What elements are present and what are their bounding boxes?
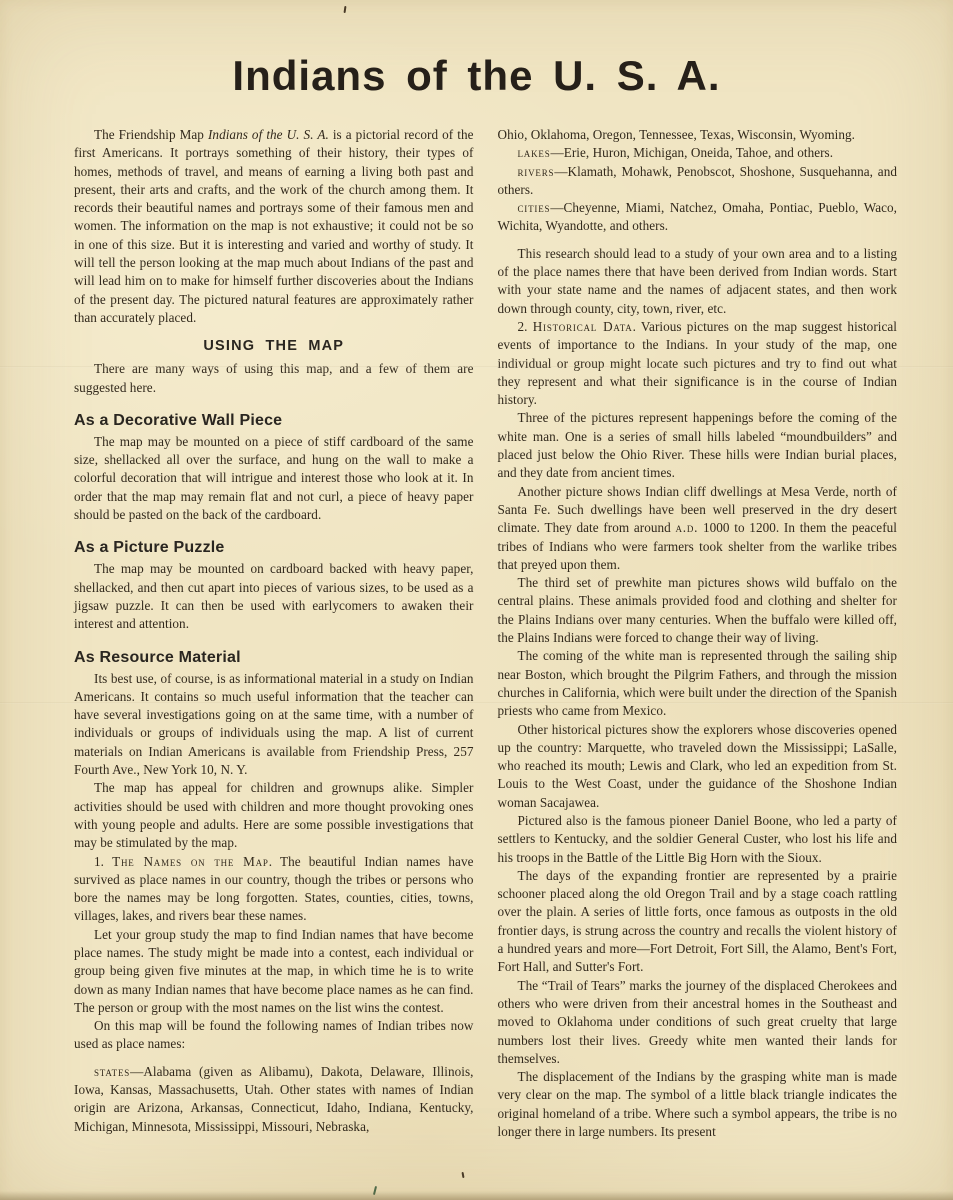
text-run: As a Decorative Wall Piece bbox=[74, 412, 282, 429]
document-page: Indians of the U. S. A. The Friendship M… bbox=[0, 0, 953, 1200]
text-run: On this map will be found the following … bbox=[74, 1018, 474, 1051]
small-caps-run: states bbox=[94, 1064, 130, 1079]
paragraph: The Friendship Map Indians of the U. S. … bbox=[74, 126, 474, 327]
text-run: The third set of prewhite man pictures s… bbox=[498, 575, 898, 645]
italic-run: Indians of the U. S. A. bbox=[208, 127, 329, 142]
paragraph: The third set of prewhite man pictures s… bbox=[498, 574, 898, 647]
small-caps-run: The Names on the Map bbox=[112, 854, 269, 869]
subsection-heading: As Resource Material bbox=[74, 649, 474, 667]
paragraph: rivers—Klamath, Mohawk, Penobscot, Shosh… bbox=[498, 163, 898, 200]
paragraph: The map may be mounted on a piece of sti… bbox=[74, 433, 474, 524]
text-run: —Erie, Huron, Michigan, Oneida, Tahoe, a… bbox=[551, 145, 834, 160]
column-left: The Friendship Map Indians of the U. S. … bbox=[74, 126, 474, 1141]
paragraph: cities—Cheyenne, Miami, Natchez, Omaha, … bbox=[498, 199, 898, 236]
paragraph: The map may be mounted on cardboard back… bbox=[74, 560, 474, 633]
subsection-heading: As a Picture Puzzle bbox=[74, 539, 474, 557]
text-run: —Alabama (given as Alibamu), Dakota, Del… bbox=[74, 1064, 474, 1134]
paragraph: The map has appeal for children and grow… bbox=[74, 779, 474, 852]
text-run: Other historical pictures show the explo… bbox=[498, 722, 898, 810]
text-columns: The Friendship Map Indians of the U. S. … bbox=[0, 100, 953, 1141]
text-run: USING THE MAP bbox=[203, 338, 344, 354]
text-run: Pictured also is the famous pioneer Dani… bbox=[498, 813, 898, 865]
scan-speck bbox=[373, 1186, 377, 1195]
paragraph: 1. The Names on the Map. The beautiful I… bbox=[74, 853, 474, 926]
paragraph: 2. Historical Data. Various pictures on … bbox=[498, 318, 898, 409]
paragraph: Pictured also is the famous pioneer Dani… bbox=[498, 812, 898, 867]
paragraph: Other historical pictures show the explo… bbox=[498, 721, 898, 812]
small-caps-run: cities bbox=[518, 200, 551, 215]
paragraph: Three of the pictures represent happenin… bbox=[498, 409, 898, 482]
text-run: The map may be mounted on cardboard back… bbox=[74, 561, 474, 631]
paragraph: states—Alabama (given as Alibamu), Dakot… bbox=[74, 1063, 474, 1136]
text-run: The Friendship Map bbox=[94, 127, 208, 142]
text-run: 1. bbox=[94, 854, 112, 869]
paragraph: Another picture shows Indian cliff dwell… bbox=[498, 483, 898, 574]
paragraph: This research should lead to a study of … bbox=[498, 245, 898, 318]
text-run: As a Picture Puzzle bbox=[74, 539, 225, 556]
text-run: 2. bbox=[518, 319, 533, 334]
text-run: The “Trail of Tears” marks the journey o… bbox=[498, 978, 898, 1066]
paragraph: On this map will be found the following … bbox=[74, 1017, 474, 1054]
text-run: Three of the pictures represent happenin… bbox=[498, 410, 898, 480]
text-run: The days of the expanding frontier are r… bbox=[498, 868, 898, 974]
small-caps-run: a.d. bbox=[675, 520, 698, 535]
text-run: Let your group study the map to find Ind… bbox=[74, 927, 474, 1015]
paragraph: The displacement of the Indians by the g… bbox=[498, 1068, 898, 1141]
scan-speck bbox=[461, 1172, 464, 1178]
text-run: —Cheyenne, Miami, Natchez, Omaha, Pontia… bbox=[498, 200, 898, 233]
text-run: The displacement of the Indians by the g… bbox=[498, 1069, 898, 1139]
text-run: Ohio, Oklahoma, Oregon, Tennessee, Texas… bbox=[498, 127, 855, 142]
section-heading: USING THE MAP bbox=[74, 338, 474, 354]
text-run: The map may be mounted on a piece of sti… bbox=[74, 434, 474, 522]
text-run: The coming of the white man is represent… bbox=[498, 648, 898, 718]
text-run: —Klamath, Mohawk, Penobscot, Shoshone, S… bbox=[498, 164, 898, 197]
column-right: Ohio, Oklahoma, Oregon, Tennessee, Texas… bbox=[498, 126, 898, 1141]
text-run: There are many ways of using this map, a… bbox=[74, 361, 474, 394]
paragraph: lakes—Erie, Huron, Michigan, Oneida, Tah… bbox=[498, 144, 898, 162]
page-title: Indians of the U. S. A. bbox=[0, 0, 953, 100]
paragraph: The days of the expanding frontier are r… bbox=[498, 867, 898, 977]
paragraph: The coming of the white man is represent… bbox=[498, 647, 898, 720]
small-caps-run: rivers bbox=[518, 164, 555, 179]
text-run: Its best use, of course, is as informati… bbox=[74, 671, 474, 777]
paragraph: Ohio, Oklahoma, Oregon, Tennessee, Texas… bbox=[498, 126, 898, 144]
subsection-heading: As a Decorative Wall Piece bbox=[74, 412, 474, 430]
text-run: is a pictorial record of the first Ameri… bbox=[74, 127, 474, 325]
paragraph: There are many ways of using this map, a… bbox=[74, 360, 474, 397]
paragraph: The “Trail of Tears” marks the journey o… bbox=[498, 977, 898, 1068]
paragraph: Let your group study the map to find Ind… bbox=[74, 926, 474, 1017]
scan-edge-shadow bbox=[0, 1191, 953, 1200]
text-run: As Resource Material bbox=[74, 649, 241, 666]
text-run: This research should lead to a study of … bbox=[498, 246, 898, 316]
small-caps-run: lakes bbox=[518, 145, 551, 160]
paragraph: Its best use, of course, is as informati… bbox=[74, 670, 474, 780]
text-run: The map has appeal for children and grow… bbox=[74, 780, 474, 850]
small-caps-run: Historical Data bbox=[533, 319, 633, 334]
